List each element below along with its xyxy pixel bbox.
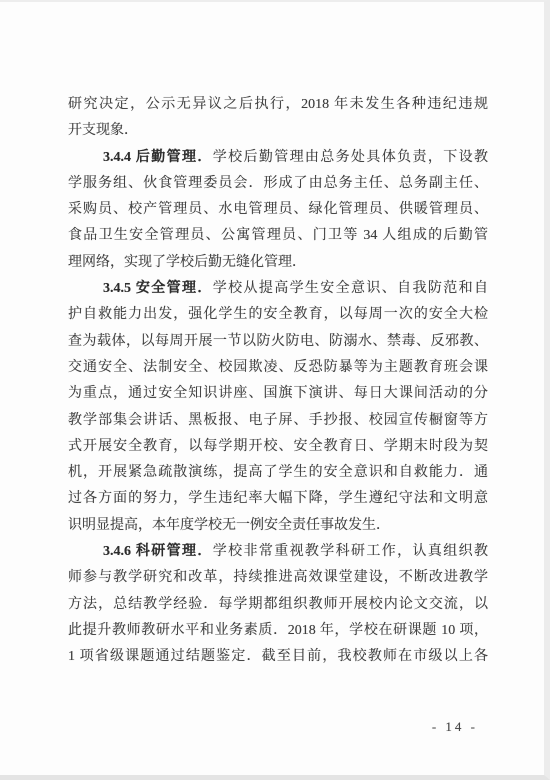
line-text: 开支现象． — [68, 123, 138, 138]
text-line: 方法，总结教学经验．每学期都组织教师开展校内论文交流，以 — [68, 592, 488, 618]
line-text: 为重点，通过安全知识讲座、国旗下演讲、每日大课间活动的分 — [68, 386, 488, 401]
text-line: 交通安全、法制安全、校园欺凌、反恐防暴等为主题教育班会课 — [68, 355, 488, 381]
section-heading: 3.4.6 科研管理． — [103, 544, 213, 559]
text-line: 为重点，通过安全知识讲座、国旗下演讲、每日大课间活动的分 — [68, 381, 488, 407]
text-line: 采购员、校产管理员、水电管理员、绿化管理员、供暖管理员、 — [68, 197, 488, 223]
line-text: 1 项省级课题通过结题鉴定．截至目前，我校教师在市级以上各 — [68, 649, 488, 664]
line-text: 研究决定，公示无异议之后执行，2018 年未发生各种违纪违规 — [68, 97, 488, 112]
page-body-text: 研究决定，公示无异议之后执行，2018 年未发生各种违纪违规 开支现象． 3.4… — [68, 92, 488, 671]
line-text: 护自救能力出发，强化学生的安全教育，以每周一次的安全大检 — [68, 307, 488, 322]
text-line: 理网络，实现了学校后勤无缝化管理． — [68, 250, 488, 276]
document-page: 研究决定，公示无异议之后执行，2018 年未发生各种违纪违规 开支现象． 3.4… — [0, 0, 550, 780]
text-line: 3.4.5 安全管理．学校从提高学生安全意识、自我防范和自 — [68, 276, 488, 302]
line-text: 机，开展紧急疏散演练，提高了学生的安全意识和自救能力．通 — [68, 465, 488, 480]
line-text: 学校从提高学生安全意识、自我防范和自 — [213, 281, 488, 296]
text-line: 式开展安全教育，以每学期开校、安全教育日、学期末时段为契 — [68, 434, 488, 460]
line-text: 采购员、校产管理员、水电管理员、绿化管理员、供暖管理员、 — [68, 202, 488, 217]
line-text: 交通安全、法制安全、校园欺凌、反恐防暴等为主题教育班会课 — [68, 360, 488, 375]
line-text: 师参与教学研究和改革，持续推进高效课堂建设，不断改进教学 — [68, 570, 488, 585]
page-number: - 14 - — [432, 719, 478, 735]
section-heading: 3.4.4 后勤管理． — [103, 150, 213, 165]
line-text: 学校后勤管理由总务处具体负责，下设教 — [213, 150, 488, 165]
text-line: 护自救能力出发，强化学生的安全教育，以每周一次的安全大检 — [68, 302, 488, 328]
line-text: 食品卫生安全管理员、公寓管理员、门卫等 34 人组成的后勤管 — [68, 228, 488, 243]
line-text: 式开展安全教育，以每学期开校、安全教育日、学期末时段为契 — [68, 439, 488, 454]
text-line: 师参与教学研究和改革，持续推进高效课堂建设，不断改进教学 — [68, 565, 488, 591]
line-text: 学校非常重视教学科研工作，认真组织教 — [213, 544, 488, 559]
line-text: 方法，总结教学经验．每学期都组织教师开展校内论文交流，以 — [68, 597, 488, 612]
text-line: 开支现象． — [68, 118, 488, 144]
text-line: 机，开展紧急疏散演练，提高了学生的安全意识和自救能力．通 — [68, 460, 488, 486]
line-text: 理网络，实现了学校后勤无缝化管理． — [68, 255, 306, 270]
text-line: 过各方面的努力，学生违纪率大幅下降，学生遵纪守法和文明意 — [68, 486, 488, 512]
text-line: 食品卫生安全管理员、公寓管理员、门卫等 34 人组成的后勤管 — [68, 223, 488, 249]
line-text: 查为载体，以每周开展一节以防火防电、防溺水、禁毒、反邪教、 — [68, 334, 488, 349]
line-text: 过各方面的努力，学生违纪率大幅下降，学生遵纪守法和文明意 — [68, 491, 488, 506]
line-text: 教学部集会讲话、黑板报、电子屏、手抄报、校园宣传橱窗等方 — [68, 413, 488, 428]
section-heading: 3.4.5 安全管理． — [103, 281, 213, 296]
line-text: 此提升教师教研水平和业务素质．2018 年，学校在研课题 10 项， — [68, 623, 488, 638]
text-line: 查为载体，以每周开展一节以防火防电、防溺水、禁毒、反邪教、 — [68, 329, 488, 355]
text-line: 教学部集会讲话、黑板报、电子屏、手抄报、校园宣传橱窗等方 — [68, 408, 488, 434]
text-line: 研究决定，公示无异议之后执行，2018 年未发生各种违纪违规 — [68, 92, 488, 118]
text-line: 识明显提高，本年度学校无一例安全责任事故发生． — [68, 513, 488, 539]
text-line: 此提升教师教研水平和业务素质．2018 年，学校在研课题 10 项， — [68, 618, 488, 644]
text-line: 1 项省级课题通过结题鉴定．截至目前，我校教师在市级以上各 — [68, 644, 488, 670]
text-line: 3.4.4 后勤管理．学校后勤管理由总务处具体负责，下设教 — [68, 145, 488, 171]
text-line: 3.4.6 科研管理．学校非常重视教学科研工作，认真组织教 — [68, 539, 488, 565]
line-text: 学服务组、伙食管理委员会．形成了由总务主任、总务副主任、 — [68, 176, 488, 191]
line-text: 识明显提高，本年度学校无一例安全责任事故发生． — [68, 518, 390, 533]
text-line: 学服务组、伙食管理委员会．形成了由总务主任、总务副主任、 — [68, 171, 488, 197]
